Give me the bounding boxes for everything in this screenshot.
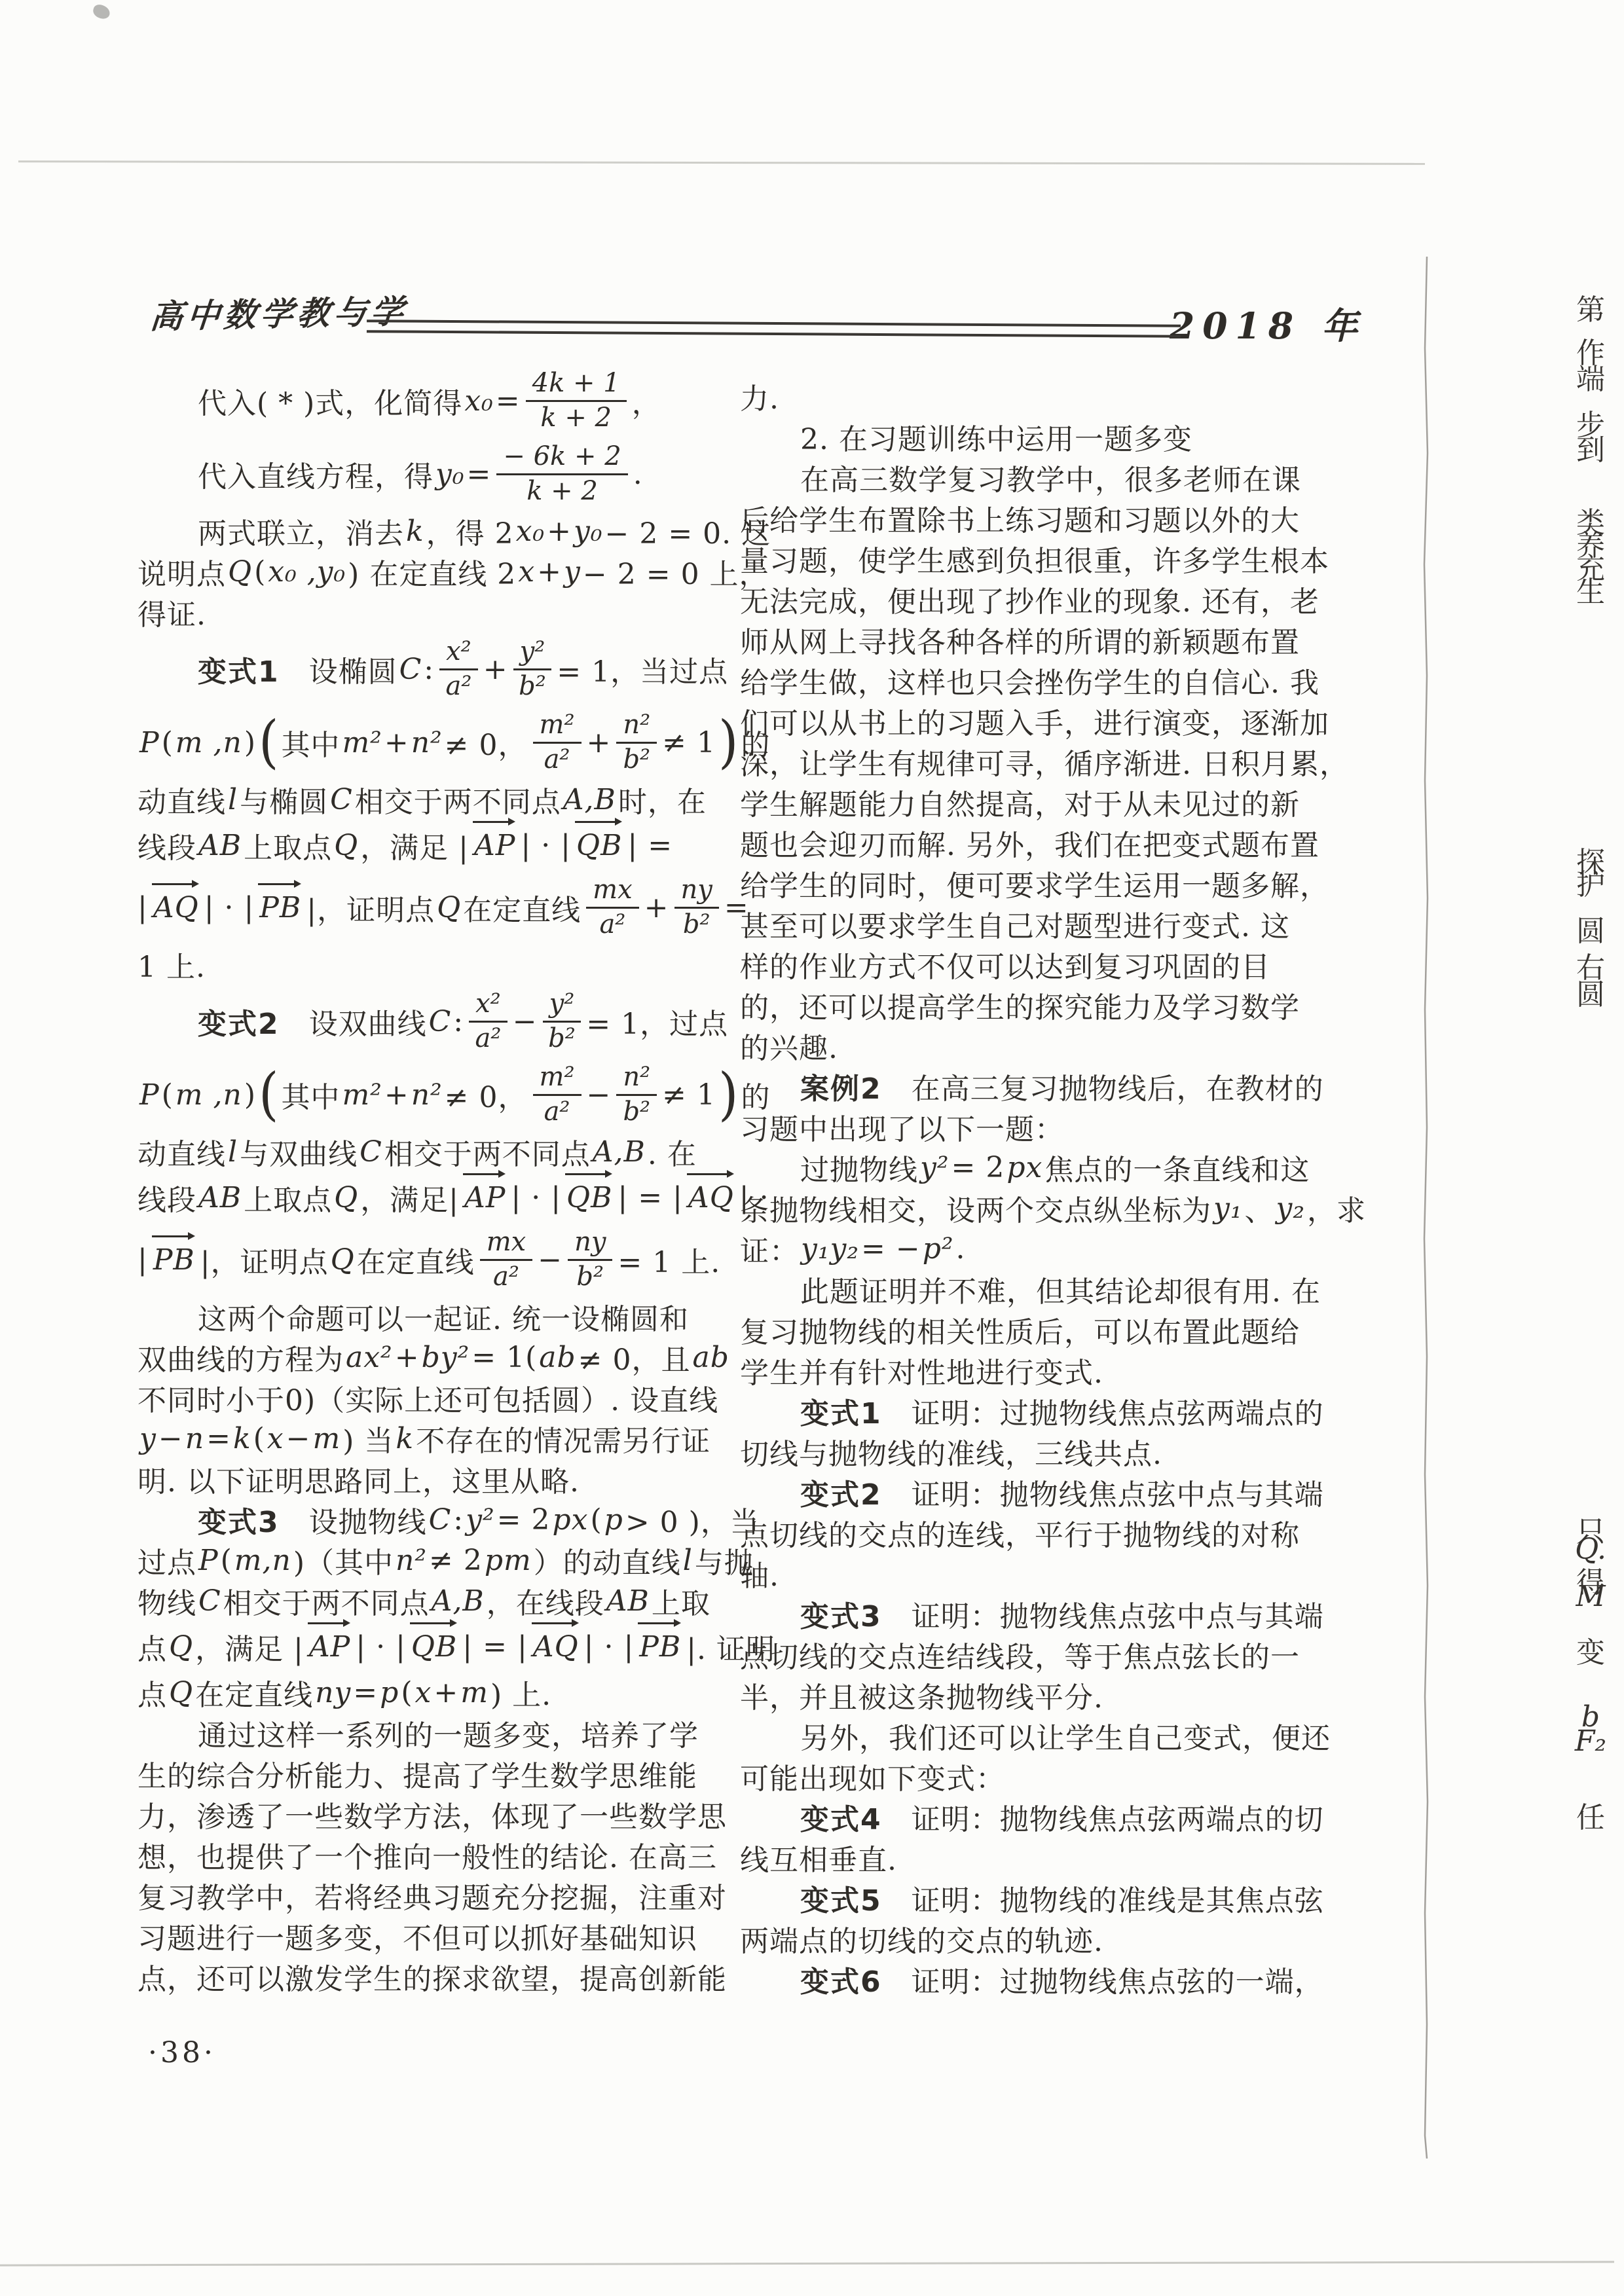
text-run: = −: [861, 1232, 921, 1266]
text-run: (: [401, 1676, 413, 1709]
math-run: x: [265, 1422, 286, 1455]
math-run: m: [458, 1676, 490, 1709]
fraction: n²b²: [616, 1063, 657, 1125]
fraction: y²b²: [513, 638, 552, 700]
text-line: 这两个命题可以一起证. 统一设椭圆和: [138, 1296, 730, 1337]
text-run: 力.: [740, 375, 779, 417]
text-run: 时，在: [618, 778, 707, 820]
math-run: k: [404, 515, 426, 548]
text-run: | · |: [584, 1630, 635, 1664]
text-line: 力，渗透了一些数学方法，体现了一些数学思: [138, 1794, 730, 1834]
text-line: 变式1 证明：过抛物线焦点弦两端点的: [740, 1391, 1372, 1431]
text-run: 过抛物线: [800, 1146, 918, 1188]
fraction: mxa²: [586, 876, 639, 938]
text-run: 证明：抛物线焦点弦中点与其端: [882, 1471, 1324, 1513]
text-run: −: [286, 1422, 311, 1455]
text-run: 切线与抛物线的准线，三线共点.: [740, 1430, 1162, 1472]
math-run: m ,n: [174, 726, 244, 759]
math-run: x: [413, 1676, 434, 1709]
text-run: 想，也提供了一个推向一般性的结论. 在高三: [138, 1834, 717, 1876]
text-run: 证明：抛物线焦点弦两端点的切: [882, 1796, 1324, 1838]
text-run: | · |: [511, 1181, 561, 1214]
right-column: 力.2. 在习题训练中运用一题多变在高三数学复习教学中，很多老师在课后给学生布置…: [740, 376, 1372, 1999]
text-line: 学生并有针对性地进行变式.: [740, 1350, 1372, 1391]
math-run: x: [516, 555, 537, 589]
text-run: 给学生做，这样也只会挫伤学生的自信心. 我: [740, 659, 1319, 701]
edge-strip-char: 作: [1572, 329, 1610, 371]
math-run: l: [226, 1135, 240, 1169]
math-run: px: [550, 1503, 590, 1537]
text-run: 不同时小于0)（实际上还可包括圆）. 设直线: [138, 1377, 718, 1419]
text-run: +: [384, 726, 409, 759]
text-run: 2. 在习题训练中运用一题多变: [800, 416, 1192, 458]
edge-strip-char: 得: [1572, 1559, 1610, 1601]
vector-term: AQ: [687, 1181, 735, 1214]
text-run: = 1，当过点: [557, 648, 728, 690]
fraction: m²a²: [533, 711, 581, 773]
text-run: ，求: [1307, 1187, 1366, 1229]
fraction: − 6k + 2k + 2: [496, 443, 627, 505]
text-run: 习题中出现了以下一题：: [740, 1106, 1064, 1148]
text-run: 甚至可以要求学生自己对题型进行变式. 这: [740, 903, 1290, 945]
text-run: |，证明点: [306, 886, 435, 928]
edge-strip-char: 任: [1572, 1794, 1610, 1836]
text-line: 代入直线方程，得 y₀ = − 6k + 2k + 2.: [138, 437, 730, 511]
text-run: ，满足 |: [195, 1626, 304, 1667]
fraction-numerator: m²: [533, 1063, 581, 1095]
math-run: ab: [691, 1341, 731, 1374]
fraction: y²b²: [543, 990, 581, 1052]
math-run: ax²: [344, 1341, 395, 1374]
bold-label: 变式1: [800, 1390, 882, 1432]
text-run: +: [547, 515, 572, 548]
text-run: 设椭圆: [280, 648, 397, 690]
text-run: | · |: [204, 891, 255, 924]
text-line: 线段AB上取点Q，满足| AP | · | QB | = | AQ | ·: [138, 1172, 730, 1223]
text-run: 给学生的同时，便可要求学生运用一题多解，: [740, 862, 1329, 904]
text-line: P( m ,n )(其中 m² + n² ≠ 0，m²a² − n²b² ≠ 1…: [138, 1058, 730, 1131]
text-run: +: [537, 555, 562, 589]
text-line: 动直线 l 与椭圆 C 相交于两不同点 A,B 时，在: [138, 779, 730, 820]
fraction: n²b²: [616, 711, 657, 773]
text-line: 无法完成，便出现了抄作业的现象. 还有，老: [740, 579, 1372, 619]
fraction-denominator: b²: [519, 670, 546, 701]
math-run: m ,n: [174, 1078, 244, 1112]
fraction-denominator: b²: [576, 1261, 604, 1291]
text-line: 变式6 证明：过抛物线焦点弦的一端，: [740, 1959, 1372, 1999]
text-run: =: [206, 1422, 231, 1455]
text-run: ≠ 0，且: [578, 1336, 691, 1378]
text-run: 学生解题能力自然提高，对于从未见过的新: [740, 781, 1300, 823]
text-run: =: [496, 384, 521, 418]
text-run: 在高三复习抛物线后，在教材的: [882, 1065, 1324, 1107]
math-run: C: [196, 1584, 223, 1618]
text-run: (: [254, 555, 266, 589]
fraction-denominator: a²: [599, 909, 625, 939]
fraction-denominator: b²: [683, 909, 710, 939]
text-line: 点切线的交点的连线，平行于抛物线的对称: [740, 1512, 1372, 1553]
text-line: 线段 AB 上取点 Q，满足 | AP | · | QB | =: [138, 820, 730, 871]
left-column: 代入( * )式，化简得 x₀ = 4k + 1k + 2，代入直线方程，得 y…: [138, 364, 730, 1997]
vector-term: QB: [565, 1181, 614, 1214]
math-run: pm: [483, 1544, 534, 1577]
math-run: C: [397, 653, 424, 686]
text-run: −: [158, 1422, 183, 1455]
text-line: 动直线 l 与双曲线 C 相交于两不同点 A,B. 在: [138, 1131, 730, 1172]
text-line: 师从网上寻找各种各样的所谓的新颖题布置: [740, 619, 1372, 660]
text-run: 半，并且被这条抛物线平分.: [740, 1674, 1103, 1716]
text-run: 在定直线: [195, 1671, 313, 1713]
text-run: 证明：过抛物线焦点弦的一端，: [882, 1958, 1324, 2000]
fraction-denominator: b²: [623, 1096, 650, 1126]
text-run: 其中: [281, 1074, 340, 1116]
text-run: 说明点: [138, 551, 226, 592]
text-run: :: [453, 1005, 464, 1038]
text-line: 变式1 设椭圆 C:x²a² + y²b² = 1，当过点: [138, 632, 730, 706]
text-run: 们可以从书上的习题入手，进行演变，逐渐加: [740, 700, 1329, 742]
text-run: ，满足|: [360, 1176, 459, 1218]
text-run: ≠ 1: [662, 1078, 716, 1112]
text-run: 线互相垂直.: [740, 1836, 897, 1878]
text-run: 其中: [281, 721, 340, 763]
text-run: ) 上.: [490, 1671, 551, 1713]
text-run: 1 上.: [138, 943, 206, 985]
edge-strip-char: 只: [1572, 1508, 1610, 1550]
fraction: x²a²: [469, 990, 507, 1052]
text-run: 量习题，使学生感到负担很重，许多学生根本: [740, 538, 1329, 579]
fraction: x²a²: [439, 638, 478, 700]
text-line: 1 上.: [138, 944, 730, 985]
bold-label: 变式3: [198, 1499, 280, 1540]
text-line: 量习题，使学生感到负担很重，许多学生根本: [740, 538, 1372, 579]
bold-label: 案例2: [800, 1065, 882, 1107]
math-run: m: [311, 1422, 343, 1455]
scan-bottom-edge-line: [0, 2261, 1614, 2266]
text-run: 在高三数学复习教学中，很多老师在课: [800, 456, 1301, 498]
text-run: 焦点的一条直线和这: [1044, 1146, 1310, 1188]
math-run: x₀: [514, 515, 547, 548]
edge-strip-char: 变: [1572, 1629, 1610, 1671]
text-run: +: [384, 1078, 409, 1112]
text-run: +: [587, 726, 612, 759]
text-run: 点切线的交点连结线段，等于焦点弦长的一: [740, 1633, 1300, 1675]
text-run: ，: [632, 380, 661, 422]
text-run: 、: [1245, 1187, 1274, 1229]
text-run: | · |: [356, 1630, 406, 1664]
text-line: 轴.: [740, 1553, 1372, 1594]
fraction-numerator: y²: [513, 638, 552, 670]
math-run: y: [562, 555, 583, 589]
text-line: 半，并且被这条抛物线平分.: [740, 1675, 1372, 1715]
text-run: 证明：抛物线焦点弦中点与其端: [882, 1593, 1324, 1635]
text-line: 生的综合分析能力、提高了学生数学思维能: [138, 1753, 730, 1794]
text-run: = 2: [497, 1503, 551, 1537]
bold-label: 变式2: [198, 1000, 280, 1042]
header-year: 2018 年: [1170, 297, 1365, 349]
text-line: 习题进行一题多变，不但可以抓好基础知识: [138, 1916, 730, 1956]
text-run: +: [395, 1341, 420, 1374]
edge-strip-char: 探: [1572, 839, 1610, 881]
text-run: 点，还可以激发学生的探求欲望，提高创新能: [138, 1956, 727, 1997]
text-line: 习题中出现了以下一题：: [740, 1106, 1372, 1147]
text-run: 点切线的交点的连线，平行于抛物线的对称: [740, 1512, 1300, 1554]
text-line: 点 Q 在定直线 ny = p( x + m ) 上.: [138, 1672, 730, 1713]
text-run: 后给学生布置除书上练习题和习题以外的大: [740, 497, 1300, 539]
fraction-numerator: − 6k + 2: [496, 443, 627, 475]
text-run: 轴.: [740, 1552, 779, 1594]
math-run: ab: [537, 1341, 578, 1374]
text-run: 复习抛物线的相关性质后，可以布置此题给: [740, 1309, 1300, 1351]
text-run: 相交于两不同点: [223, 1580, 430, 1622]
edge-strip-char: 步: [1572, 401, 1610, 443]
text-line: 得证.: [138, 592, 730, 632]
text-line: 物线 C 相交于两不同点 A,B，在线段 AB 上取: [138, 1580, 730, 1621]
fraction-denominator: a²: [445, 670, 471, 701]
text-run: 不存在的情况需另行证: [416, 1417, 710, 1459]
scanned-journal-page: 高中数学教与学 2018 年 代入( * )式，化简得 x₀ = 4k + 1k…: [0, 0, 1624, 2296]
text-run: ≠ 1: [662, 726, 716, 759]
edge-strip-char: 右: [1572, 944, 1610, 986]
text-line: 证：y₁y₂ = − p².: [740, 1228, 1372, 1269]
text-line: 想，也提供了一个推向一般性的结论. 在高三: [138, 1834, 730, 1875]
math-run: AB: [196, 829, 244, 862]
fraction-denominator: b²: [548, 1023, 576, 1053]
math-run: px: [1005, 1151, 1044, 1184]
fraction: mxa²: [480, 1228, 533, 1290]
edge-strip-char: b: [1572, 1700, 1610, 1734]
text-line: 复习教学中，若将经典习题充分挖掘，注重对: [138, 1875, 730, 1916]
text-run: 这两个命题可以一起证. 统一设椭圆和: [198, 1296, 689, 1338]
text-run: | =: [627, 829, 673, 862]
text-run: ): [244, 726, 256, 759]
text-run: 此题证明并不难，但其结论却很有用. 在: [800, 1268, 1321, 1310]
bold-label: 变式4: [800, 1796, 882, 1838]
vector-term: AP: [463, 1181, 507, 1214]
text-line: P( m ,n )(其中 m² + n² ≠ 0，m²a² + n²b² ≠ 1…: [138, 706, 730, 779]
math-run: C: [427, 1503, 454, 1537]
text-run: 点: [138, 1671, 167, 1713]
fraction-numerator: mx: [480, 1228, 533, 1260]
fraction: nyb²: [674, 876, 719, 938]
header-double-rule: [367, 319, 1181, 338]
math-run: y₀: [572, 515, 605, 548]
text-run: (: [162, 726, 174, 759]
text-line: 明. 以下证明思路同上，这里从略.: [138, 1459, 730, 1499]
math-run: Q: [332, 829, 360, 862]
text-line: 后给学生布置除书上练习题和习题以外的大: [740, 498, 1372, 538]
math-run: y²: [464, 1503, 497, 1537]
text-line: 力.: [740, 376, 1372, 416]
fraction-numerator: n²: [616, 1063, 657, 1095]
text-run: ）的动直线: [534, 1539, 681, 1581]
math-run: y: [138, 1422, 158, 1455]
text-run: ≠ 0，: [445, 1074, 528, 1116]
text-line: 2. 在习题训练中运用一题多变: [740, 416, 1372, 457]
fraction-numerator: n²: [616, 711, 657, 743]
math-run: Q: [167, 1630, 195, 1664]
text-line: 切线与抛物线的准线，三线共点.: [740, 1431, 1372, 1472]
text-run: 过点: [138, 1539, 196, 1581]
page-fold-line: [1421, 257, 1433, 2162]
fraction-denominator: k + 2: [540, 402, 612, 432]
text-line: 过抛物线 y² = 2px 焦点的一条直线和这: [740, 1147, 1372, 1188]
math-run: C: [427, 1005, 454, 1038]
text-run: .: [633, 458, 643, 491]
edge-strip-char: 端: [1572, 355, 1610, 397]
text-line: 条抛物线相交，设两个交点纵坐标为 y₁、y₂，求: [740, 1188, 1372, 1228]
text-run: :: [424, 653, 434, 686]
text-run: = 1，过点: [586, 1000, 728, 1042]
text-run: 学生并有针对性地进行变式.: [740, 1349, 1103, 1391]
math-run: P: [196, 1544, 221, 1577]
math-run: ny: [313, 1676, 353, 1709]
edge-strip-char: F₂: [1572, 1724, 1610, 1758]
fraction-denominator: a²: [544, 744, 570, 774]
scan-smudge-mark: [92, 3, 112, 20]
text-run: ≠ 2: [429, 1544, 483, 1577]
text-run: | · |: [521, 829, 571, 862]
text-run: ，在线段: [487, 1580, 604, 1622]
text-run: = 1(: [471, 1341, 537, 1374]
text-run: 物线: [138, 1580, 196, 1622]
edge-strip-char: Q.: [1572, 1533, 1610, 1566]
text-line: 点，还可以激发学生的探求欲望，提高创新能: [138, 1956, 730, 1997]
text-line: 们可以从书上的习题入手，进行演变，逐渐加: [740, 701, 1372, 741]
edge-strip-char: 生: [1572, 568, 1610, 610]
text-run: 明. 以下证明思路同上，这里从略.: [138, 1458, 580, 1500]
vector-term: AP: [473, 829, 517, 862]
math-run: A,B: [591, 1135, 648, 1169]
text-line: 变式4 证明：抛物线焦点弦两端点的切: [740, 1796, 1372, 1837]
text-line: 代入( * )式，化简得 x₀ = 4k + 1k + 2，: [138, 364, 730, 437]
text-run: 与椭圆: [240, 778, 328, 820]
text-run: (: [253, 1422, 265, 1455]
math-run: P: [138, 1078, 162, 1112]
fraction-numerator: 4k + 1: [526, 369, 627, 401]
text-line: 通过这样一系列的一题多变，培养了学: [138, 1713, 730, 1753]
edge-strip-char: 类: [1572, 499, 1610, 541]
text-run: 在定直线: [463, 886, 581, 928]
math-run: C: [358, 1135, 384, 1169]
text-run: ，得 2: [426, 510, 514, 552]
fraction-denominator: a²: [493, 1261, 519, 1291]
edge-strip-char: 到: [1572, 426, 1610, 468]
fraction-denominator: k + 2: [526, 475, 598, 505]
text-run: 双曲线的方程为: [138, 1336, 344, 1378]
text-line: 变式3 设抛物线 C:y² = 2px( p > 0 )，当: [138, 1499, 730, 1540]
math-run: by²: [420, 1341, 472, 1374]
math-run: n: [183, 1422, 206, 1455]
math-run: l: [226, 783, 240, 816]
text-line: 过点 P( m,n )（其中 n² ≠ 2pm）的动直线 l 与抛: [138, 1540, 730, 1580]
text-run: | = |: [618, 1181, 683, 1214]
fraction-numerator: y²: [543, 990, 581, 1022]
math-run: AB: [196, 1181, 244, 1214]
scan-top-edge-line: [18, 160, 1425, 165]
text-run: = 2: [951, 1151, 1005, 1184]
math-run: Q: [167, 1676, 195, 1709]
text-line: 给学生的同时，便可要求学生运用一题多解，: [740, 863, 1372, 903]
text-run: 证明：抛物线的准线是其焦点弦: [882, 1877, 1324, 1919]
text-line: 甚至可以要求学生自己对题型进行变式. 这: [740, 903, 1372, 944]
text-run: (: [590, 1503, 602, 1537]
math-run: Q: [435, 891, 463, 924]
text-run: :: [453, 1503, 464, 1537]
fraction: m²a²: [533, 1063, 581, 1125]
math-run: n²: [409, 1078, 445, 1112]
text-run: −: [587, 1078, 612, 1112]
text-run: 条抛物线相交，设两个交点纵坐标为: [740, 1187, 1211, 1229]
text-line: 说明点 Q( x₀ ,y₀ ) 在定直线 2x + y − 2 = 0 上，: [138, 551, 730, 592]
math-run: k: [394, 1422, 416, 1455]
math-run: n²: [409, 726, 445, 759]
fraction-denominator: a²: [544, 1096, 570, 1126]
text-line: 深，让学生有规律可寻，循序渐进. 日积月累，: [740, 741, 1372, 782]
math-run: m²: [340, 726, 384, 759]
text-run: 上取点: [244, 1176, 332, 1218]
text-line: 学生解题能力自然提高，对于从未见过的新: [740, 782, 1372, 822]
text-run: (: [162, 1078, 174, 1112]
math-run: P: [138, 726, 162, 759]
math-run: y₂: [1274, 1192, 1308, 1225]
text-run: 另外，我们还可以让学生自己变式，便还: [800, 1715, 1331, 1757]
text-run: =: [467, 458, 492, 491]
math-run: p²: [921, 1232, 956, 1266]
text-line: | PB |，证明点 Q 在定直线mxa² − nyb² = 1 上.: [138, 1223, 730, 1296]
text-run: =: [353, 1676, 378, 1709]
math-run: A,B: [430, 1584, 487, 1618]
bold-label: 变式2: [800, 1471, 882, 1513]
text-line: 变式2 证明：抛物线焦点弦中点与其端: [740, 1472, 1372, 1512]
text-run: .: [956, 1232, 966, 1266]
text-run: 设抛物线: [280, 1499, 427, 1540]
text-run: +: [483, 653, 508, 686]
text-run: . 在: [648, 1131, 697, 1173]
text-line: 题也会迎刃而解. 另外，我们在把变式题布置: [740, 822, 1372, 863]
math-run: x₀: [462, 384, 495, 418]
text-line: 另外，我们还可以让学生自己变式，便还: [740, 1715, 1372, 1756]
page-number: ·38·: [148, 2036, 216, 2069]
text-run: 可能出现如下变式：: [740, 1755, 1005, 1797]
text-line: 双曲线的方程为 ax² + by² = 1( ab ≠ 0，且 ab: [138, 1337, 730, 1377]
text-line: 的兴趣.: [740, 1025, 1372, 1066]
text-line: 此题证明并不难，但其结论却很有用. 在: [740, 1269, 1372, 1309]
text-run: 证明：过抛物线焦点弦两端点的: [882, 1390, 1324, 1432]
text-line: 不同时小于0)（实际上还可包括圆）. 设直线: [138, 1377, 730, 1418]
text-run: 上取: [652, 1580, 710, 1622]
text-run: 在定直线: [357, 1239, 475, 1281]
edge-strip-char: 护: [1572, 861, 1610, 903]
math-run: y₀: [434, 458, 467, 491]
text-line: 在高三数学复习教学中，很多老师在课: [740, 457, 1372, 498]
text-line: 变式5 证明：抛物线的准线是其焦点弦: [740, 1878, 1372, 1918]
math-run: y²: [918, 1151, 951, 1184]
text-line: 变式3 证明：抛物线焦点弦中点与其端: [740, 1594, 1372, 1634]
vector-term: AP: [308, 1630, 352, 1664]
edge-strip-char: 养: [1572, 522, 1610, 564]
math-run: C: [328, 783, 355, 816]
fraction-denominator: b²: [623, 744, 650, 774]
text-line: 案例2 在高三复习抛物线后，在教材的: [740, 1066, 1372, 1106]
text-line: 线互相垂直.: [740, 1837, 1372, 1878]
text-run: = 1 上.: [618, 1239, 720, 1281]
fraction-numerator: ny: [674, 876, 719, 908]
text-run: 代入直线方程，得: [198, 453, 434, 495]
text-line: 可能出现如下变式：: [740, 1756, 1372, 1796]
text-run: 的兴趣.: [740, 1025, 838, 1066]
fraction: 4k + 1k + 2: [526, 369, 627, 431]
text-run: 复习教学中，若将经典习题充分挖掘，注重对: [138, 1874, 727, 1916]
